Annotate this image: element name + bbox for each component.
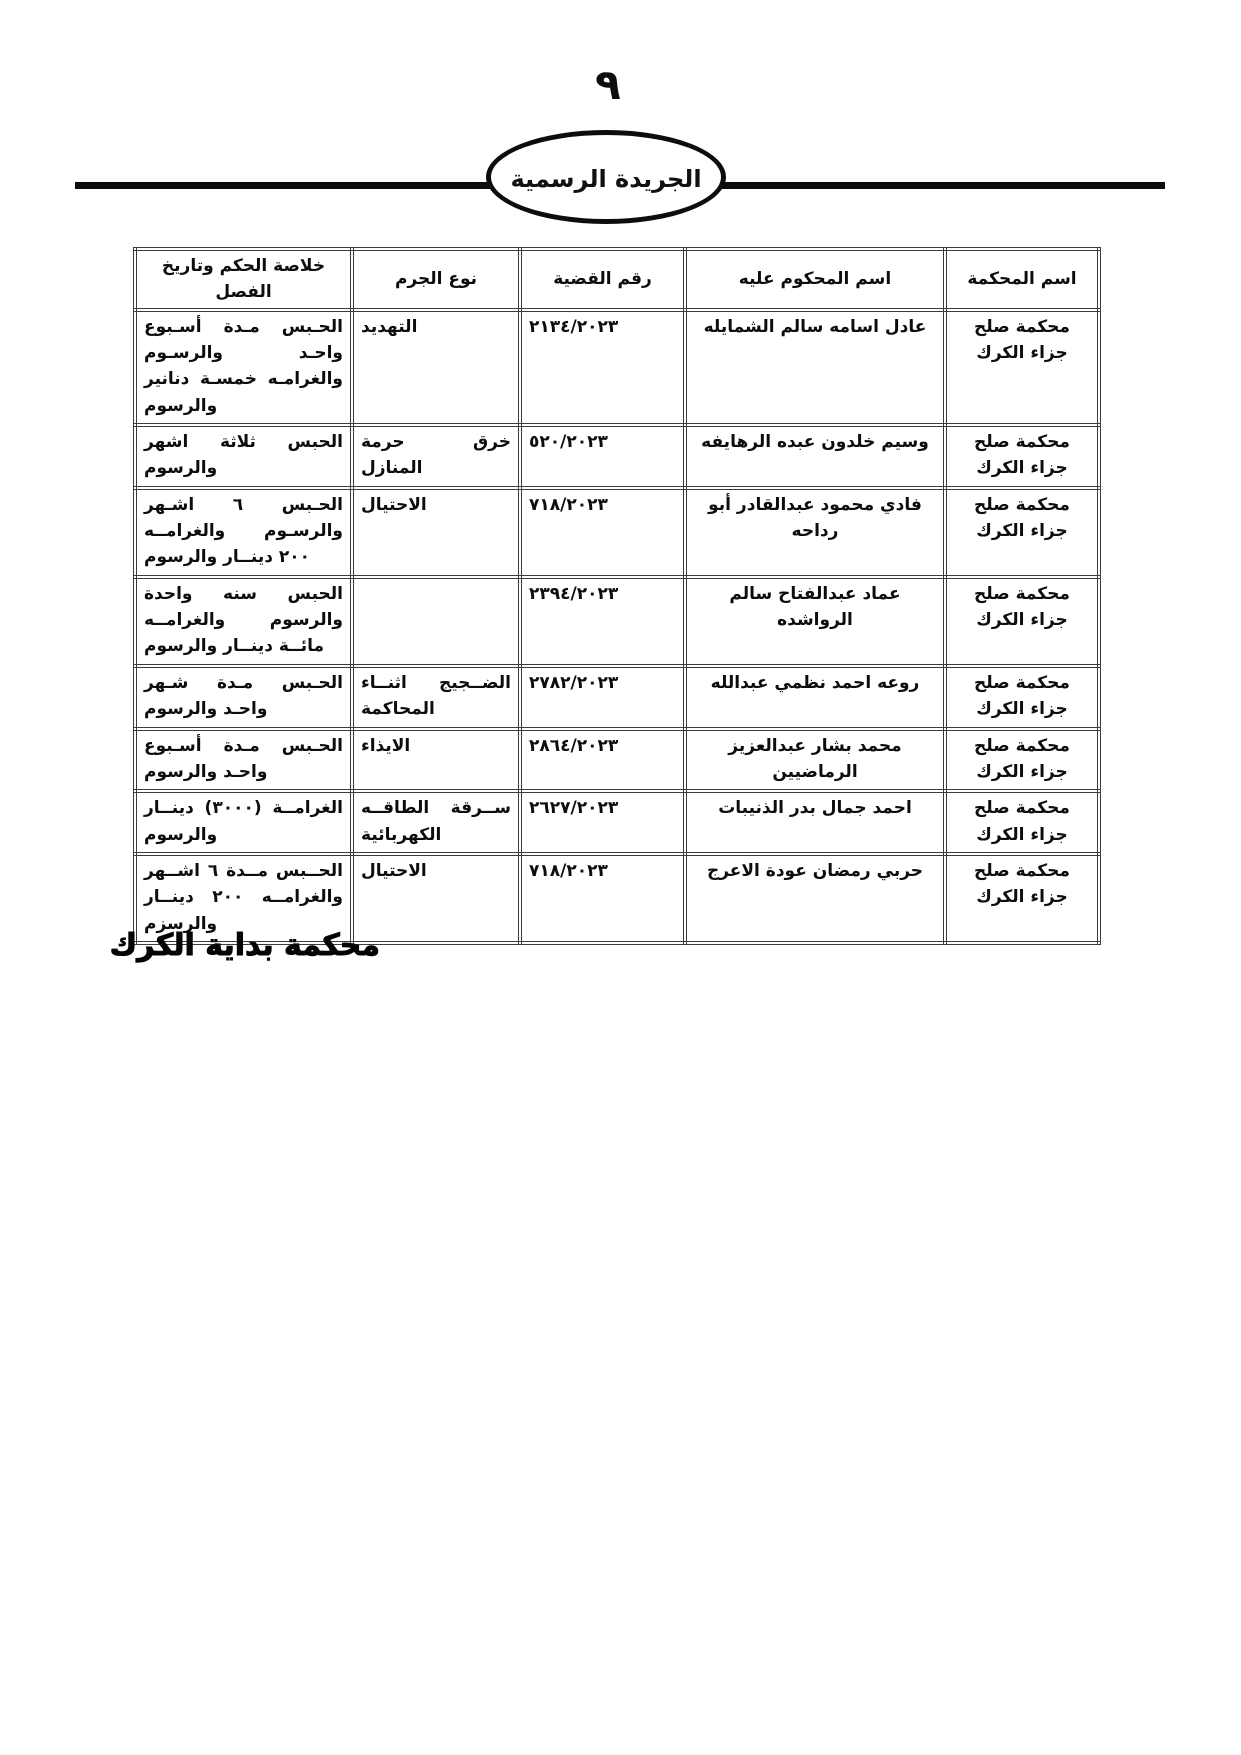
crime-type-cell: الايذاء — [352, 729, 520, 792]
case-number-cell: ٥٢٠/٢٠٢٣ — [520, 425, 685, 488]
table-row: محكمة صلح جزاء الكرك احمد جمال بدر الذني… — [135, 791, 1099, 854]
gazette-title: الجريدة الرسمية — [510, 161, 701, 193]
crime-type-cell — [352, 577, 520, 666]
verdict-summary-cell: الحـبس مـدة شـهر واحـد والرسوم — [135, 666, 352, 729]
convict-name-cell: روعه احمد نظمي عبدالله — [685, 666, 945, 729]
case-number-cell: ٧١٨/٢٠٢٣ — [520, 854, 685, 943]
column-header-case-number: رقم القضية — [520, 249, 685, 310]
court-cell: محكمة صلح جزاء الكرك — [945, 729, 1099, 792]
table-row: محكمة صلح جزاء الكرك عادل اسامه سالم الش… — [135, 310, 1099, 425]
case-number-cell: ٢٧٨٢/٢٠٢٣ — [520, 666, 685, 729]
court-cell: محكمة صلح جزاء الكرك — [945, 666, 1099, 729]
court-cell: محكمة صلح جزاء الكرك — [945, 577, 1099, 666]
convict-name-cell: عادل اسامه سالم الشمايله — [685, 310, 945, 425]
court-cell: محكمة صلح جزاء الكرك — [945, 488, 1099, 577]
verdict-summary-cell: الحـبس ٦ اشـهر والرسـوم والغرامــه ٢٠٠ د… — [135, 488, 352, 577]
table-row: محكمة صلح جزاء الكرك عماد عبدالفتاح سالم… — [135, 577, 1099, 666]
column-header-verdict: خلاصة الحكم وتاريخ الفصل — [135, 249, 352, 310]
crime-type-cell: التهديد — [352, 310, 520, 425]
convict-name-cell: محمد بشار عبدالعزيز الرماضيين — [685, 729, 945, 792]
case-number-cell: ٢٣٩٤/٢٠٢٣ — [520, 577, 685, 666]
court-cell: محكمة صلح جزاء الكرك — [945, 310, 1099, 425]
convict-name-cell: وسيم خلدون عبده الرهايفه — [685, 425, 945, 488]
table-row: محكمة صلح جزاء الكرك وسيم خلدون عبده الر… — [135, 425, 1099, 488]
crime-type-cell: الاحتيال — [352, 488, 520, 577]
table-header-row: اسم المحكمة اسم المحكوم عليه رقم القضية … — [135, 249, 1099, 310]
crime-type-cell: خرق حرمة المنازل — [352, 425, 520, 488]
case-number-cell: ٢٦٢٧/٢٠٢٣ — [520, 791, 685, 854]
table-row: محكمة صلح جزاء الكرك فادي محمود عبدالقاد… — [135, 488, 1099, 577]
column-header-crime: نوع الجرم — [352, 249, 520, 310]
column-header-court: اسم المحكمة — [945, 249, 1099, 310]
convict-name-cell: فادي محمود عبدالقادر أبو رداحه — [685, 488, 945, 577]
case-number-cell: ٢١٣٤/٢٠٢٣ — [520, 310, 685, 425]
verdict-summary-cell: الحـبس مـدة أسـبوع واحـد والرسوم — [135, 729, 352, 792]
gazette-banner-ellipse: الجريدة الرسمية — [486, 130, 726, 224]
crime-type-cell: ســرقة الطاقــه الكهربائية — [352, 791, 520, 854]
verdict-summary-cell: الحبس سنه واحدة والرسوم والغرامــه مائــ… — [135, 577, 352, 666]
table-row: محكمة صلح جزاء الكرك روعه احمد نظمي عبدا… — [135, 666, 1099, 729]
page-number: ٩ — [560, 60, 656, 109]
convict-name-cell: احمد جمال بدر الذنيبات — [685, 791, 945, 854]
convict-name-cell: عماد عبدالفتاح سالم الرواشده — [685, 577, 945, 666]
verdict-summary-cell: الحبس ثلاثة اشهر والرسوم — [135, 425, 352, 488]
court-cell: محكمة صلح جزاء الكرك — [945, 854, 1099, 943]
judgments-table: اسم المحكمة اسم المحكوم عليه رقم القضية … — [133, 247, 1101, 945]
court-cell: محكمة صلح جزاء الكرك — [945, 425, 1099, 488]
gazette-page: ٩ الجريدة الرسمية اسم المحكمة اسم المحكو… — [0, 0, 1241, 1755]
case-number-cell: ٧١٨/٢٠٢٣ — [520, 488, 685, 577]
court-section-heading: محكمة بداية الكرك — [150, 928, 380, 963]
court-cell: محكمة صلح جزاء الكرك — [945, 791, 1099, 854]
table-row: محكمة صلح جزاء الكرك محمد بشار عبدالعزيز… — [135, 729, 1099, 792]
column-header-convict: اسم المحكوم عليه — [685, 249, 945, 310]
crime-type-cell: الضــجيج اثنــاء المحاكمة — [352, 666, 520, 729]
verdict-summary-cell: الغرامــة (٣٠٠٠) دينــار والرسوم — [135, 791, 352, 854]
convict-name-cell: حربي رمضان عودة الاعرج — [685, 854, 945, 943]
verdict-summary-cell: الحـبس مـدة أسـبوع واحـد والرسـوم والغرا… — [135, 310, 352, 425]
case-number-cell: ٢٨٦٤/٢٠٢٣ — [520, 729, 685, 792]
